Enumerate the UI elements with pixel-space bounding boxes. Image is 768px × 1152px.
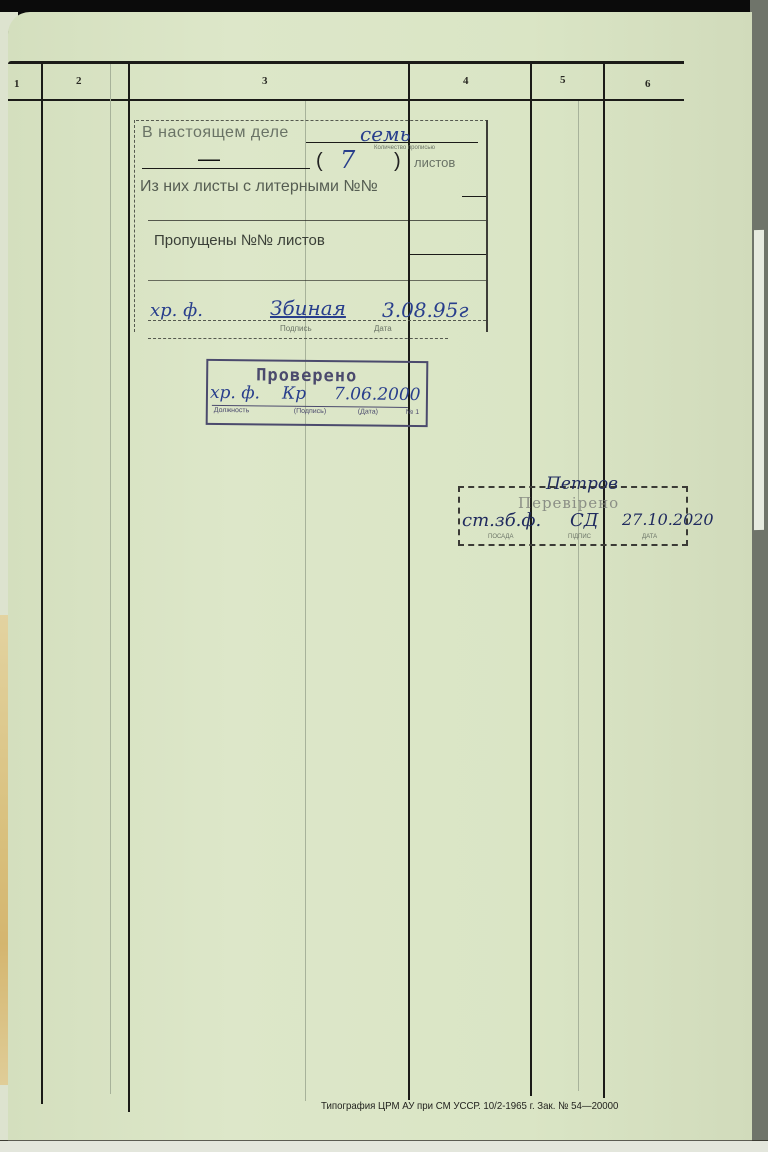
checked-stamp-signature: Кр: [282, 384, 306, 404]
checked-stamp-caption-signature: (Подпись): [294, 408, 326, 415]
column-header-5: 5: [560, 74, 566, 86]
rechecked-stamp-position: ст.зб.ф.: [462, 510, 541, 531]
cert-line3b-underline: [148, 220, 486, 221]
checked-stamp-caption-date: (Дата): [358, 408, 378, 415]
cert-caption-date: Дата: [374, 324, 392, 333]
underlying-sheet-edge: [754, 230, 764, 530]
stamp-left-border: [134, 120, 136, 332]
rechecked-stamp-caption-position: ПОСАДА: [488, 534, 513, 540]
checked-stamp: Проверено хр. ф. Кр 7.06.2000 Должность …: [206, 359, 429, 427]
cert-line4-label: Пропущены №№ листов: [154, 232, 325, 249]
rechecked-stamp-signature: СД: [570, 510, 598, 531]
cert-caption-signature: Подпись: [280, 324, 312, 333]
cert-line5-underline: [148, 280, 486, 281]
column-header-4: 4: [463, 75, 469, 87]
cert-signature-name: Збиная: [270, 296, 346, 320]
rechecked-stamp-overwritten-name: Петров: [546, 474, 618, 494]
certification-stamp: В настоящем деле семь Количество пропись…: [128, 116, 488, 340]
cert-line2-suffix: листов: [414, 155, 455, 170]
background-surface: [750, 0, 768, 1152]
rechecked-stamp-caption-date: ДАТА: [642, 534, 657, 540]
cert-line2-paren-close: ): [394, 150, 401, 173]
rechecked-stamp-caption-signature: ПІДПИС: [568, 534, 591, 540]
stamp-top-border: [136, 120, 488, 121]
cert-signature-position: хр. ф.: [150, 300, 203, 321]
cert-line3-underline: [462, 196, 486, 197]
cert-line1-label: В настоящем деле: [142, 124, 289, 142]
checked-stamp-position: хр. ф.: [210, 383, 260, 404]
cert-line1-handwritten-count: семь: [360, 122, 411, 146]
stamp-bottom-border: [148, 338, 448, 339]
rechecked-stamp: Перевірено Петров ст.зб.ф. СД 27.10.2020…: [458, 486, 688, 546]
printer-imprint: Типография ЦРМ АУ при СМ УССР. 10/2-1965…: [321, 1100, 618, 1112]
column-subdivider-5: [578, 101, 579, 1091]
cert-line2-handwritten-number: 7: [340, 146, 355, 174]
column-divider-1: [41, 64, 43, 1104]
checked-stamp-date: 7.06.2000: [334, 384, 421, 405]
stamp-right-border: [486, 120, 488, 332]
column-divider-5: [603, 64, 605, 1098]
cert-signature-line: [148, 320, 486, 321]
cert-line3-label: Из них листы с литерными №№: [140, 178, 378, 196]
cert-signature-date: 3.08.95г: [382, 298, 468, 322]
column-subdivider-2: [110, 64, 111, 1094]
cert-line4-underline: [410, 254, 486, 255]
checked-stamp-number: № 1: [406, 409, 419, 416]
rechecked-stamp-date: 27.10.2020: [622, 510, 714, 529]
cert-line1-caption: Количество прописью: [374, 145, 435, 151]
checked-stamp-title: Проверено: [256, 365, 357, 386]
column-header-6: 6: [645, 78, 651, 90]
cert-line2-paren-open: (: [316, 150, 323, 173]
document-page: 1 2 3 4 5 6 В настоящем деле семь Количе…: [8, 12, 752, 1140]
column-header-2: 2: [76, 75, 82, 87]
column-divider-4: [530, 64, 532, 1096]
column-header-3: 3: [262, 75, 268, 87]
checked-stamp-caption-position: Должность: [214, 407, 250, 414]
underlying-sheet-bottom: [0, 1140, 768, 1152]
cert-line2-underline: [142, 168, 310, 169]
column-header-1: 1: [14, 78, 20, 90]
